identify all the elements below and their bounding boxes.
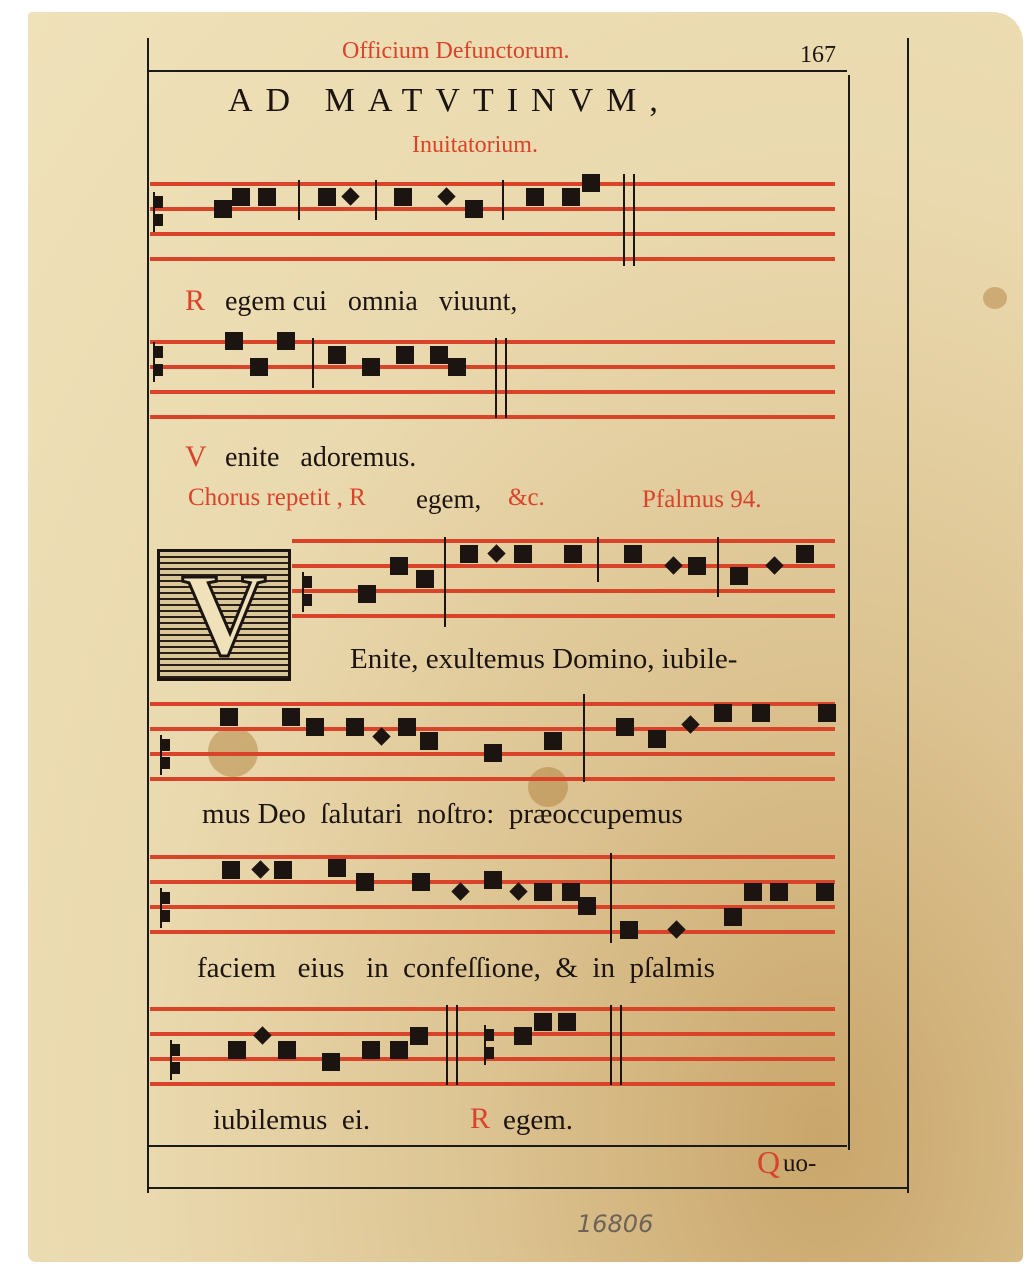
woodcut-initial-v: V [157, 549, 291, 681]
frame-inner-right [848, 75, 850, 1150]
lyric-line-1: egem cui omnia viuunt, [225, 286, 517, 318]
running-title: Officium Defunctorum. [342, 38, 570, 65]
lyric-line-2: enite adoremus. [225, 442, 416, 474]
initial-r: R [185, 284, 205, 318]
lyric-line-4: mus Deo ſalutari noſtro: præoccupemus [202, 798, 683, 831]
initial-v: V [185, 440, 207, 474]
section-title: AD MATVTINVM, [228, 82, 671, 120]
music-staff-2 [150, 338, 835, 418]
stain [983, 287, 1007, 309]
psalm-label: Pfalmus 94. [642, 486, 761, 514]
music-staff-6 [150, 1005, 835, 1085]
lyric-line-3: Enite, exultemus Domino, iubile- [350, 643, 737, 676]
rubric-etc: &c. [508, 484, 545, 512]
lyric-line-5: faciem eius in confeſſione, & in pſalmis [197, 952, 715, 985]
rubric-regem: egem, [416, 484, 481, 515]
lyric-line-6: iubilemus ei. [213, 1104, 370, 1137]
bottom-rule [147, 1187, 907, 1189]
music-staff-1 [150, 180, 835, 260]
catchword-rest: uo- [783, 1150, 816, 1178]
header-rule [147, 70, 847, 72]
lyric-line-6-end: egem. [503, 1104, 573, 1137]
music-staff-4 [150, 700, 835, 780]
frame-left [147, 38, 149, 1193]
page-number: 167 [800, 42, 836, 69]
music-staff-5 [150, 853, 835, 933]
footer-rule [147, 1145, 847, 1147]
frame-right [907, 38, 909, 1193]
response-r: R [470, 1102, 490, 1136]
catchword-initial: Q [757, 1144, 780, 1181]
handwritten-number: 16806 [577, 1210, 653, 1238]
rubric-chorus: Chorus repetit , R [188, 484, 366, 512]
music-staff-3 [292, 537, 835, 617]
section-subtitle: Inuitatorium. [412, 132, 538, 159]
